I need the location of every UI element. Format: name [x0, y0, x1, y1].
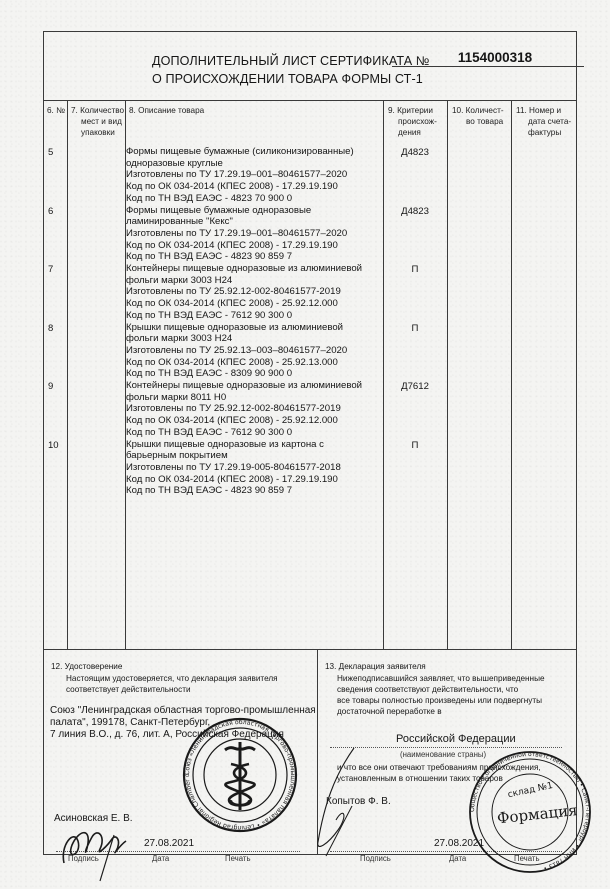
description-line: Изготовлены по ТУ 17.29.19–001–80461577–…: [126, 169, 354, 181]
description-line: Изготовлены по ТУ 25.92.12-002-80461577-…: [126, 403, 362, 415]
column-divider: [67, 100, 68, 649]
column-header-no: 6. №: [47, 105, 65, 116]
date-label: Дата: [152, 854, 169, 863]
description-line: Изготовлены по ТУ 25.92.12-002-80461577-…: [126, 286, 362, 298]
description-line: Код по ОК 034-2014 (КПЕС 2008) - 25.92.1…: [126, 357, 347, 369]
section-divider: [317, 650, 318, 855]
svg-text:склад №1: склад №1: [507, 781, 554, 800]
seal-label: Печать: [514, 854, 540, 863]
column-header-line: 7. Количество: [71, 105, 124, 116]
row-number: 7: [48, 264, 53, 275]
column-header-line: 11. Номер и: [516, 105, 571, 116]
column-header-line: во товара: [452, 116, 504, 127]
column-header-line: мест и вид: [71, 116, 124, 127]
bottom-sections: 12. Удостоверение Настоящим удостоверяет…: [44, 649, 576, 855]
declaration-text: установленным в отношении таких товаров: [337, 773, 503, 784]
declaration-text: и что все они отвечают требованиям проис…: [337, 762, 541, 773]
description-line: ламинированные "Кекс": [126, 216, 347, 228]
certificate-number-underline: [392, 66, 584, 67]
origin-criteria: Д4823: [383, 147, 447, 158]
country-caption: (наименование страны): [400, 750, 486, 759]
row-number: 5: [48, 147, 53, 158]
signature-label: Подпись: [68, 854, 99, 863]
description-line: Крышки пищевые одноразовые из картона с: [126, 439, 341, 451]
origin-criteria: П: [383, 440, 447, 451]
declaration-text: все товары полностью произведены или под…: [337, 695, 542, 706]
title-line-2: О ПРОИСХОЖДЕНИИ ТОВАРА ФОРМЫ СТ-1: [152, 72, 423, 86]
column-header-quantity: 10. Количест-во товара: [452, 105, 504, 127]
goods-description: Формы пищевые бумажные одноразовыеламини…: [126, 205, 347, 264]
chamber-address: палата", 199178, Санкт-Петербург,: [50, 717, 210, 730]
goods-description: Контейнеры пищевые одноразовые из алюмин…: [126, 263, 362, 322]
column-header-invoice: 11. Номер идата счета-фактуры: [516, 105, 571, 138]
row-number: 8: [48, 323, 53, 334]
declaration-title: 13. Декларация заявителя: [325, 662, 426, 671]
description-line: Изготовлены по ТУ 25.92.13–003–80461577–…: [126, 345, 347, 357]
column-divider: [383, 100, 384, 649]
description-line: фольги марки 3003 Н24: [126, 275, 362, 287]
row-number: 9: [48, 381, 53, 392]
origin-criteria: Д4823: [383, 206, 447, 217]
description-line: Крышки пищевые одноразовые из алюминиево…: [126, 322, 347, 334]
column-divider: [511, 100, 512, 649]
description-line: Формы пищевые бумажные (силиконизированн…: [126, 146, 354, 158]
signature-line: [330, 851, 562, 852]
chamber-name: Союз "Ленинградская областная торгово-пр…: [50, 705, 316, 718]
row-number: 6: [48, 206, 53, 217]
column-header-line: дения: [388, 127, 437, 138]
goods-description: Формы пищевые бумажные (силиконизированн…: [126, 146, 354, 205]
description-line: Код по ОК 034-2014 (КПЕС 2008) - 25.92.1…: [126, 415, 362, 427]
column-header-line: 6. №: [47, 105, 65, 116]
chamber-address: 7 линия В.О., д. 76, лит. А, Российская …: [50, 729, 284, 742]
declarant-name: Копытов Ф. В.: [326, 796, 391, 807]
signature-line: [56, 851, 300, 852]
goods-description: Контейнеры пищевые одноразовые из алюмин…: [126, 380, 362, 439]
signature-scribble-icon: [56, 815, 136, 885]
column-header-line: 10. Количест-: [452, 105, 504, 116]
title-block: ДОПОЛНИТЕЛЬНЫЙ ЛИСТ СЕРТИФИКАТА № О ПРОИ…: [44, 32, 576, 101]
svg-text:Формация: Формация: [496, 801, 578, 827]
declaration-text: сведения соответствуют действительности,…: [337, 684, 518, 695]
certification-text: Настоящим удостоверяется, что декларация…: [66, 673, 278, 684]
date-label: Дата: [449, 854, 466, 863]
column-header-line: 9. Критерии: [388, 105, 437, 116]
description-line: Код по ТН ВЭД ЕАЭС - 4823 90 859 7: [126, 485, 341, 497]
description-line: Код по ОК 034-2014 (КПЕС 2008) - 25.92.1…: [126, 298, 362, 310]
description-line: Код по ТН ВЭД ЕАЭС - 7612 90 300 0: [126, 310, 362, 322]
description-line: Формы пищевые бумажные одноразовые: [126, 205, 347, 217]
column-header-criteria: 9. Критериипроисхож-дения: [388, 105, 437, 138]
row-number: 10: [48, 440, 59, 451]
certifier-name: Асиновская Е. В.: [54, 813, 133, 824]
column-header-description: 8. Описание товара: [129, 105, 204, 116]
column-header-packages: 7. Количествомест и видупаковки: [71, 105, 124, 138]
declaration-date: 27.08.2021: [434, 838, 484, 849]
country-name: Российской Федерации: [396, 733, 516, 745]
description-line: барьерным покрытием: [126, 450, 341, 462]
description-line: Код по ТН ВЭД ЕАЭС - 7612 90 300 0: [126, 427, 362, 439]
description-line: Изготовлены по ТУ 17.29.19-005-80461577-…: [126, 462, 341, 474]
title-line-1: ДОПОЛНИТЕЛЬНЫЙ ЛИСТ СЕРТИФИКАТА №: [152, 54, 429, 68]
certification-text: соответствует действительности: [66, 684, 191, 695]
certification-title: 12. Удостоверение: [51, 662, 122, 671]
description-line: Контейнеры пищевые одноразовые из алюмин…: [126, 263, 362, 275]
description-line: Код по ОК 034-2014 (КПЕС 2008) - 17.29.1…: [126, 181, 354, 193]
description-line: фольги марки 8011 Н0: [126, 392, 362, 404]
signature-label: Подпись: [360, 854, 391, 863]
declaration-text: Нижеподписавшийся заявляет, что вышеприв…: [337, 673, 545, 684]
column-header-line: дата счета-: [516, 116, 571, 127]
column-header-line: происхож-: [388, 116, 437, 127]
description-line: одноразовые круглые: [126, 158, 354, 170]
certificate-number: 1154000318: [410, 50, 580, 65]
column-header-line: упаковки: [71, 127, 124, 138]
description-line: Контейнеры пищевые одноразовые из алюмин…: [126, 380, 362, 392]
description-line: Код по ТН ВЭД ЕАЭС - 4823 70 900 0: [126, 193, 354, 205]
column-header-line: 8. Описание товара: [129, 105, 204, 116]
description-line: Код по ТН ВЭД ЕАЭС - 4823 90 859 7: [126, 251, 347, 263]
column-divider: [447, 100, 448, 649]
seal-label: Печать: [225, 854, 251, 863]
goods-description: Крышки пищевые одноразовые из алюминиево…: [126, 322, 347, 381]
origin-criteria: Д7612: [383, 381, 447, 392]
certificate-sheet: ДОПОЛНИТЕЛЬНЫЙ ЛИСТ СЕРТИФИКАТА № О ПРОИ…: [43, 31, 577, 855]
certification-date: 27.08.2021: [144, 838, 194, 849]
goods-description: Крышки пищевые одноразовые из картона сб…: [126, 439, 341, 498]
declaration-text: достаточной переработке в: [337, 706, 442, 717]
description-line: Код по ОК 034-2014 (КПЕС 2008) - 17.29.1…: [126, 474, 341, 486]
country-line: [330, 747, 562, 748]
description-line: Код по ОК 034-2014 (КПЕС 2008) - 17.29.1…: [126, 240, 347, 252]
column-header-line: фактуры: [516, 127, 571, 138]
origin-criteria: П: [383, 323, 447, 334]
description-line: фольги марки 3003 Н24: [126, 333, 347, 345]
description-line: Код по ТН ВЭД ЕАЭС - 8309 90 900 0: [126, 368, 347, 380]
origin-criteria: П: [383, 264, 447, 275]
description-line: Изготовлены по ТУ 17.29.19–001–80461577–…: [126, 228, 347, 240]
